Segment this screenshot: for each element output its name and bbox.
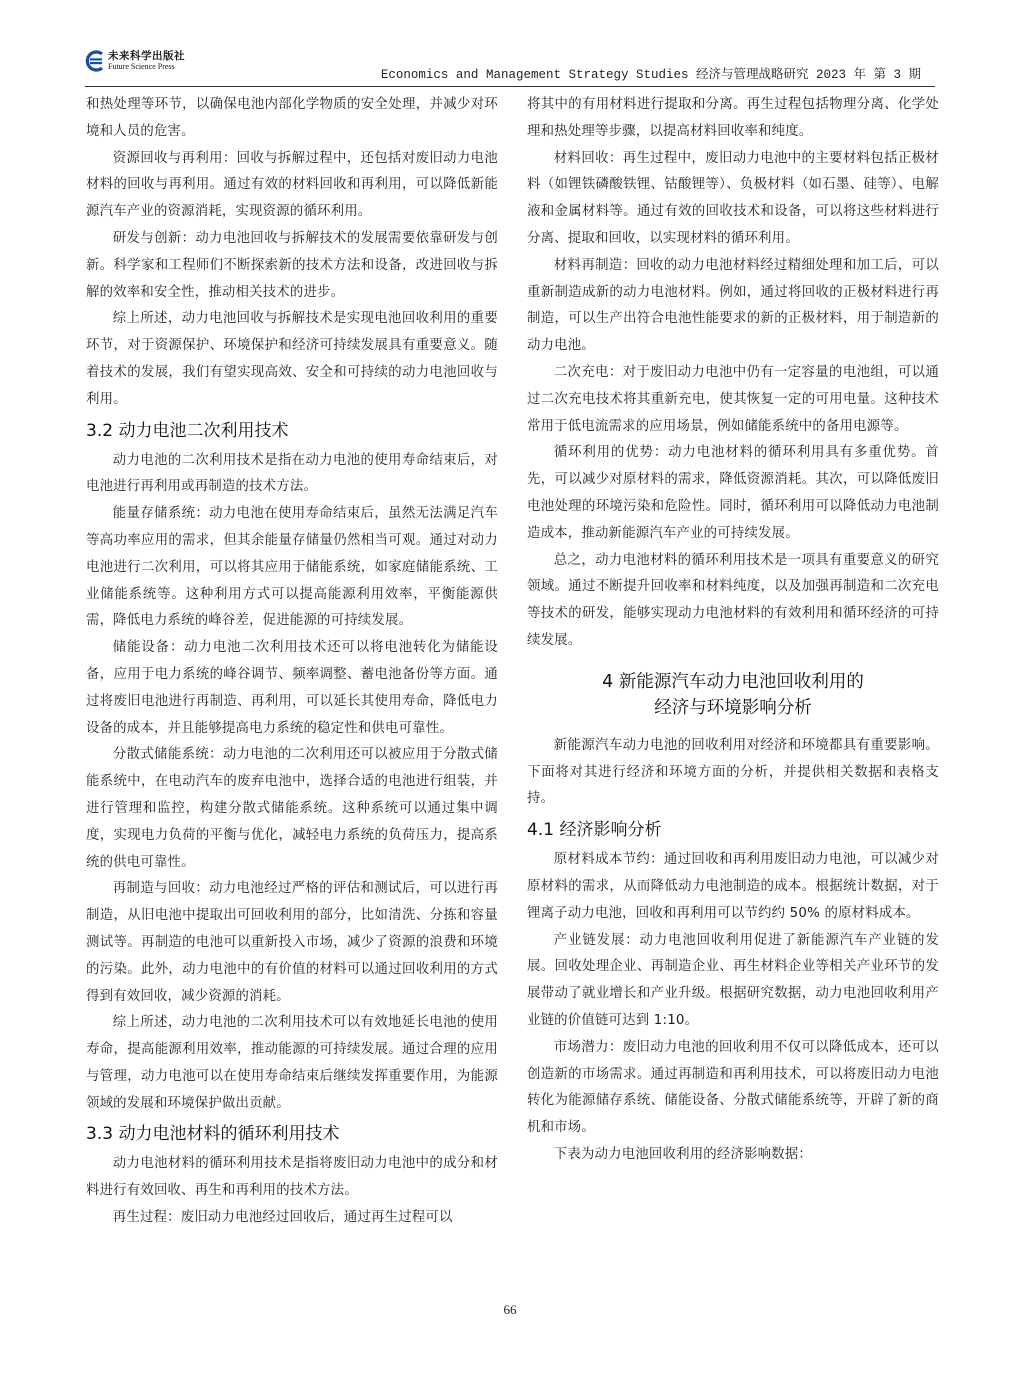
paragraph: 资源回收与再利用：回收与拆解过程中，还包括对废旧动力电池材料的回收与再利用。通过…	[86, 146, 498, 226]
page-number: 66	[0, 1302, 1020, 1318]
paragraph: 动力电池的二次利用技术是指在动力电池的使用寿命结束后，对电池进行再利用或再制造的…	[86, 448, 498, 502]
paragraph: 动力电池材料的循环利用技术是指将废旧动力电池中的成分和材料进行有效回收、再生和再…	[86, 1151, 498, 1205]
section-heading-4-1: 4.1 经济影响分析	[527, 815, 939, 845]
paragraph: 市场潜力：废旧动力电池的回收利用不仅可以降低成本，还可以创造新的市场需求。通过再…	[527, 1035, 939, 1142]
paragraph: 再生过程：废旧动力电池经过回收后，通过再生过程可以	[86, 1205, 498, 1232]
publisher-logo-icon	[85, 50, 105, 72]
chapter-heading-line-1: 4 新能源汽车动力电池回收利用的	[602, 672, 864, 692]
right-column: 将其中的有用材料进行提取和分离。再生过程包括物理分离、化学处理和热处理等步骤，以…	[527, 92, 939, 1169]
paragraph: 综上所述，动力电池的二次利用技术可以有效地延长电池的使用寿命，提高能源利用效率，…	[86, 1010, 498, 1117]
paragraph: 总之，动力电池材料的循环利用技术是一项具有重要意义的研究领域。通过不断提升回收率…	[527, 548, 939, 655]
page-header: 未来科学出版社 Future Science Press Economics a…	[85, 50, 935, 84]
chapter-heading-4: 4 新能源汽车动力电池回收利用的 经济与环境影响分析	[527, 669, 939, 721]
paragraph: 原材料成本节约：通过回收和再利用废旧动力电池，可以减少对原材料的需求，从而降低动…	[527, 847, 939, 927]
paragraph: 研发与创新：动力电池回收与拆解技术的发展需要依靠研发与创新。科学家和工程师们不断…	[86, 226, 498, 306]
chapter-heading-line-2: 经济与环境影响分析	[654, 698, 812, 718]
section-heading-3-2: 3.2 动力电池二次利用技术	[86, 416, 498, 446]
paragraph: 循环利用的优势：动力电池材料的循环利用具有多重优势。首先，可以减少对原材料的需求…	[527, 440, 939, 547]
paragraph: 二次充电：对于废旧动力电池中仍有一定容量的电池组，可以通过二次充电技术将其重新充…	[527, 360, 939, 440]
paragraph: 下表为动力电池回收利用的经济影响数据：	[527, 1142, 939, 1169]
paragraph: 储能设备：动力电池二次利用技术还可以将电池转化为储能设备，应用于电力系统的峰谷调…	[86, 635, 498, 742]
paragraph: 和热处理等环节，以确保电池内部化学物质的安全处理，并减少对环境和人员的危害。	[86, 92, 498, 146]
paragraph: 产业链发展：动力电池回收利用促进了新能源汽车产业链的发展。回收处理企业、再制造企…	[527, 928, 939, 1035]
publisher-name-en: Future Science Press	[108, 63, 185, 71]
paragraph: 将其中的有用材料进行提取和分离。再生过程包括物理分离、化学处理和热处理等步骤，以…	[527, 92, 939, 146]
paragraph: 再制造与回收：动力电池经过严格的评估和测试后，可以进行再制造，从旧电池中提取出可…	[86, 876, 498, 1010]
paragraph: 新能源汽车动力电池的回收利用对经济和环境都具有重要影响。下面将对其进行经济和环境…	[527, 733, 939, 813]
paragraph: 分散式储能系统：动力电池的二次利用还可以被应用于分散式储能系统中，在电动汽车的废…	[86, 742, 498, 876]
publisher-name-cn: 未来科学出版社	[108, 51, 185, 62]
paragraph: 材料回收：再生过程中，废旧动力电池中的主要材料包括正极材料（如锂铁磷酸铁锂、钴酸…	[527, 146, 939, 253]
left-column: 和热处理等环节，以确保电池内部化学物质的安全处理，并减少对环境和人员的危害。 资…	[86, 92, 498, 1232]
section-heading-3-3: 3.3 动力电池材料的循环利用技术	[86, 1119, 498, 1149]
header-divider	[85, 86, 935, 87]
paragraph: 综上所述，动力电池回收与拆解技术是实现电池回收利用的重要环节，对于资源保护、环境…	[86, 306, 498, 413]
journal-title: Economics and Management Strategy Studie…	[381, 64, 921, 82]
paragraph: 材料再制造：回收的动力电池材料经过精细处理和加工后，可以重新制造成新的动力电池材…	[527, 253, 939, 360]
paragraph: 能量存储系统：动力电池在使用寿命结束后，虽然无法满足汽车等高功率应用的需求，但其…	[86, 501, 498, 635]
publisher-logo: 未来科学出版社 Future Science Press	[85, 50, 185, 72]
